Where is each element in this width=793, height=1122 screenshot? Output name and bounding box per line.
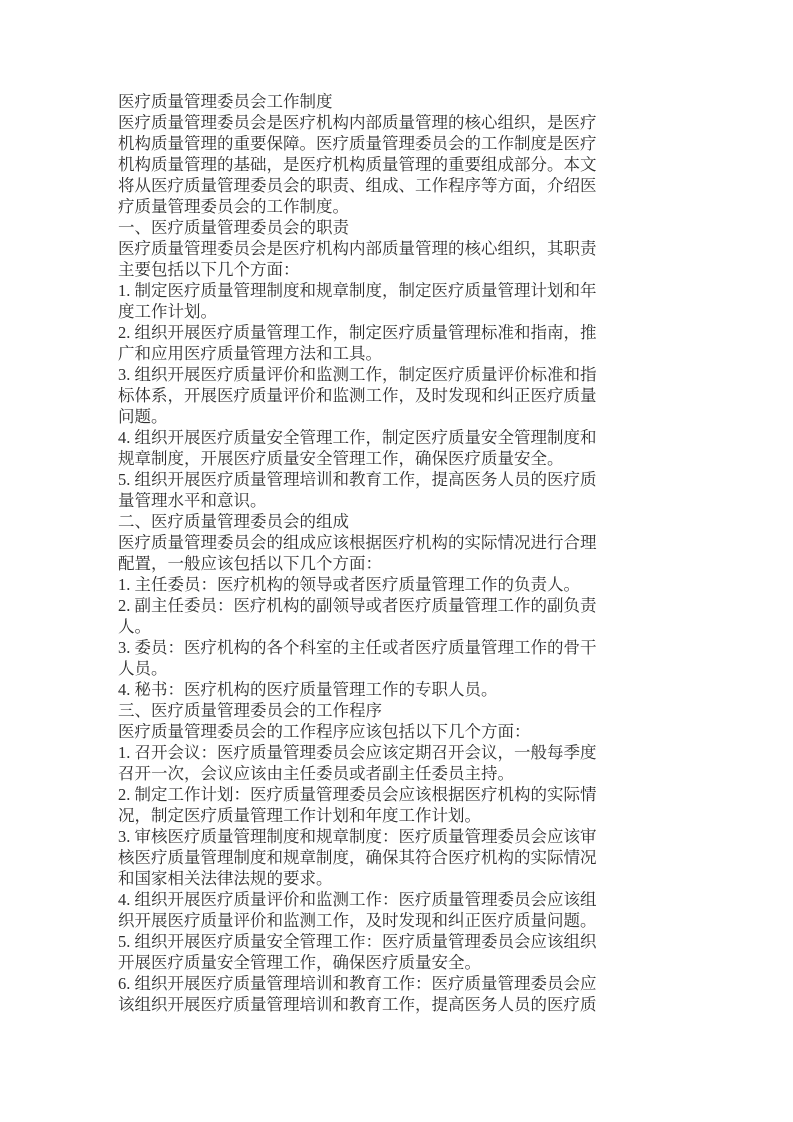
paragraph: 医疗质量管理委员会的组成应该根据医疗机构的实际情况进行合理配置，一般应该包括以下… (118, 532, 602, 574)
paragraph: 2. 组织开展医疗质量管理工作，制定医疗质量管理标准和指南，推广和应用医疗质量管… (118, 322, 602, 364)
paragraph: 医疗质量管理委员会是医疗机构内部质量管理的核心组织，其职责主要包括以下几个方面： (118, 238, 602, 280)
paragraph: 4. 组织开展医疗质量安全管理工作，制定医疗质量安全管理制度和规章制度，开展医疗… (118, 427, 602, 469)
paragraph: 三、医疗质量管理委员会的工作程序 (118, 700, 602, 721)
paragraph: 一、医疗质量管理委员会的职责 (118, 217, 602, 238)
paragraph: 3. 组织开展医疗质量评价和监测工作，制定医疗质量评价标准和指标体系，开展医疗质… (118, 364, 602, 427)
paragraph: 2. 副主任委员：医疗机构的副领导或者医疗质量管理工作的副负责人。 (118, 595, 602, 637)
paragraph: 6. 组织开展医疗质量管理培训和教育工作：医疗质量管理委员会应该组织开展医疗质量… (118, 973, 602, 1015)
paragraph: 4. 组织开展医疗质量评价和监测工作：医疗质量管理委员会应该组织开展医疗质量评价… (118, 889, 602, 931)
paragraph: 1. 制定医疗质量管理制度和规章制度，制定医疗质量管理计划和年度工作计划。 (118, 280, 602, 322)
document-page: 医疗质量管理委员会工作制度 医疗质量管理委员会是医疗机构内部质量管理的核心组织，… (0, 0, 793, 1122)
paragraph: 医疗质量管理委员会的工作程序应该包括以下几个方面： (118, 721, 602, 742)
paragraph: 2. 制定工作计划：医疗质量管理委员会应该根据医疗机构的实际情况，制定医疗质量管… (118, 784, 602, 826)
paragraph: 3. 审核医疗质量管理制度和规章制度：医疗质量管理委员会应该审核医疗质量管理制度… (118, 826, 602, 889)
document-title: 医疗质量管理委员会工作制度 (118, 91, 602, 112)
paragraph: 1. 主任委员：医疗机构的领导或者医疗质量管理工作的负责人。 (118, 574, 602, 595)
paragraph: 医疗质量管理委员会是医疗机构内部质量管理的核心组织，是医疗机构质量管理的重要保障… (118, 112, 602, 217)
paragraph: 5. 组织开展医疗质量安全管理工作：医疗质量管理委员会应该组织开展医疗质量安全管… (118, 931, 602, 973)
paragraph: 二、医疗质量管理委员会的组成 (118, 511, 602, 532)
paragraph: 4. 秘书：医疗机构的医疗质量管理工作的专职人员。 (118, 679, 602, 700)
document-content: 医疗质量管理委员会工作制度 医疗质量管理委员会是医疗机构内部质量管理的核心组织，… (118, 91, 602, 1015)
paragraph: 3. 委员：医疗机构的各个科室的主任或者医疗质量管理工作的骨干人员。 (118, 637, 602, 679)
document-body: 医疗质量管理委员会是医疗机构内部质量管理的核心组织，是医疗机构质量管理的重要保障… (118, 112, 602, 1015)
paragraph: 5. 组织开展医疗质量管理培训和教育工作，提高医务人员的医疗质量管理水平和意识。 (118, 469, 602, 511)
paragraph: 1. 召开会议：医疗质量管理委员会应该定期召开会议，一般每季度召开一次，会议应该… (118, 742, 602, 784)
